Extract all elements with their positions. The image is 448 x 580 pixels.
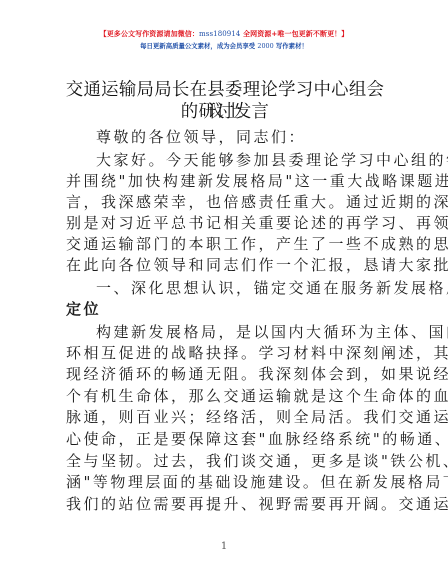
promo-banner-line-2: 每日更新高质量公文素材，成为会员享受 2000 写作素材！: [0, 41, 448, 51]
body-line: 大家好。今天能够参加县委理论学习中心组的学习会议，: [96, 151, 416, 169]
section-heading: 一、深化思想认识，锚定交通在服务新发展格局中的角色: [96, 279, 416, 297]
body-line: 言，我深感荣幸，也倍感责任重大。通过近期的深入学习，特: [66, 193, 386, 211]
section-body-line: 涵"等物理层面的基础设施建设。但在新发展格局下，我感到: [66, 473, 386, 491]
body-line: 交通运输部门的本职工作，产生了一些不成熟的思考和体会，: [66, 235, 386, 253]
document-page: 【更多公文写作资源请加微信：mss180914 全网资源+唯一包更新不断更！】 …: [0, 0, 448, 580]
section-body-line: 环相互促进的战略抉择。学习材料中深刻阐述，其关键在于实: [66, 344, 386, 362]
salutation: 尊敬的各位领导，同志们：: [96, 128, 416, 146]
section-body-line: 全与坚韧。过去，我们谈交通，更多是谈"铁公机、桥隧: [66, 452, 386, 470]
promo-banner-2-suffix: 写作素材！: [274, 42, 308, 50]
body-line: 别是对习近平总书记相关重要论述的再学习、再领会，我结合: [66, 214, 386, 232]
section-body-line: 现经济循环的畅通无阻。我深刻体会到，如果说经济社会是一: [66, 365, 386, 383]
section-body-line: 脉通，则百业兴；经络活，则全局活。我们交通运输工作的核: [66, 408, 386, 426]
promo-banner-suffix: 全网资源+唯一包更新不断更！】: [240, 30, 348, 38]
promo-banner-2-prefix: 每日更新高质量公文素材，成为会员享受: [140, 42, 257, 50]
section-body-line: 心使命，正是要保障这套"血脉经络系统"的畅通、高效、安: [66, 430, 386, 448]
page-number: 1: [0, 541, 448, 553]
wechat-id: mss180914: [199, 30, 240, 38]
promo-count: 2000: [257, 42, 273, 50]
section-heading-continued: 定位: [66, 300, 386, 318]
section-body-line: 我们的站位需要再提升、视野需要再开阔。交通运输不能仅仅: [66, 495, 386, 513]
body-line: 并围绕"加快构建新发展格局"这一重大战略课题进行研讨发: [66, 172, 386, 190]
section-body-line: 构建新发展格局，是以国内大循环为主体、国内国际双循: [96, 323, 416, 341]
promo-banner-line-1: 【更多公文写作资源请加微信：mss180914 全网资源+唯一包更新不断更！】: [0, 29, 448, 39]
promo-banner-prefix: 【更多公文写作资源请加微信：: [100, 30, 199, 38]
body-line: 在此向各位领导和同志们作一个汇报，恳请大家批评指正。: [66, 256, 386, 274]
section-body-line: 个有机生命体，那么交通运输就是这个生命体的血脉经络。血: [66, 387, 386, 405]
document-title-line-2: 的研讨发言: [60, 101, 390, 123]
